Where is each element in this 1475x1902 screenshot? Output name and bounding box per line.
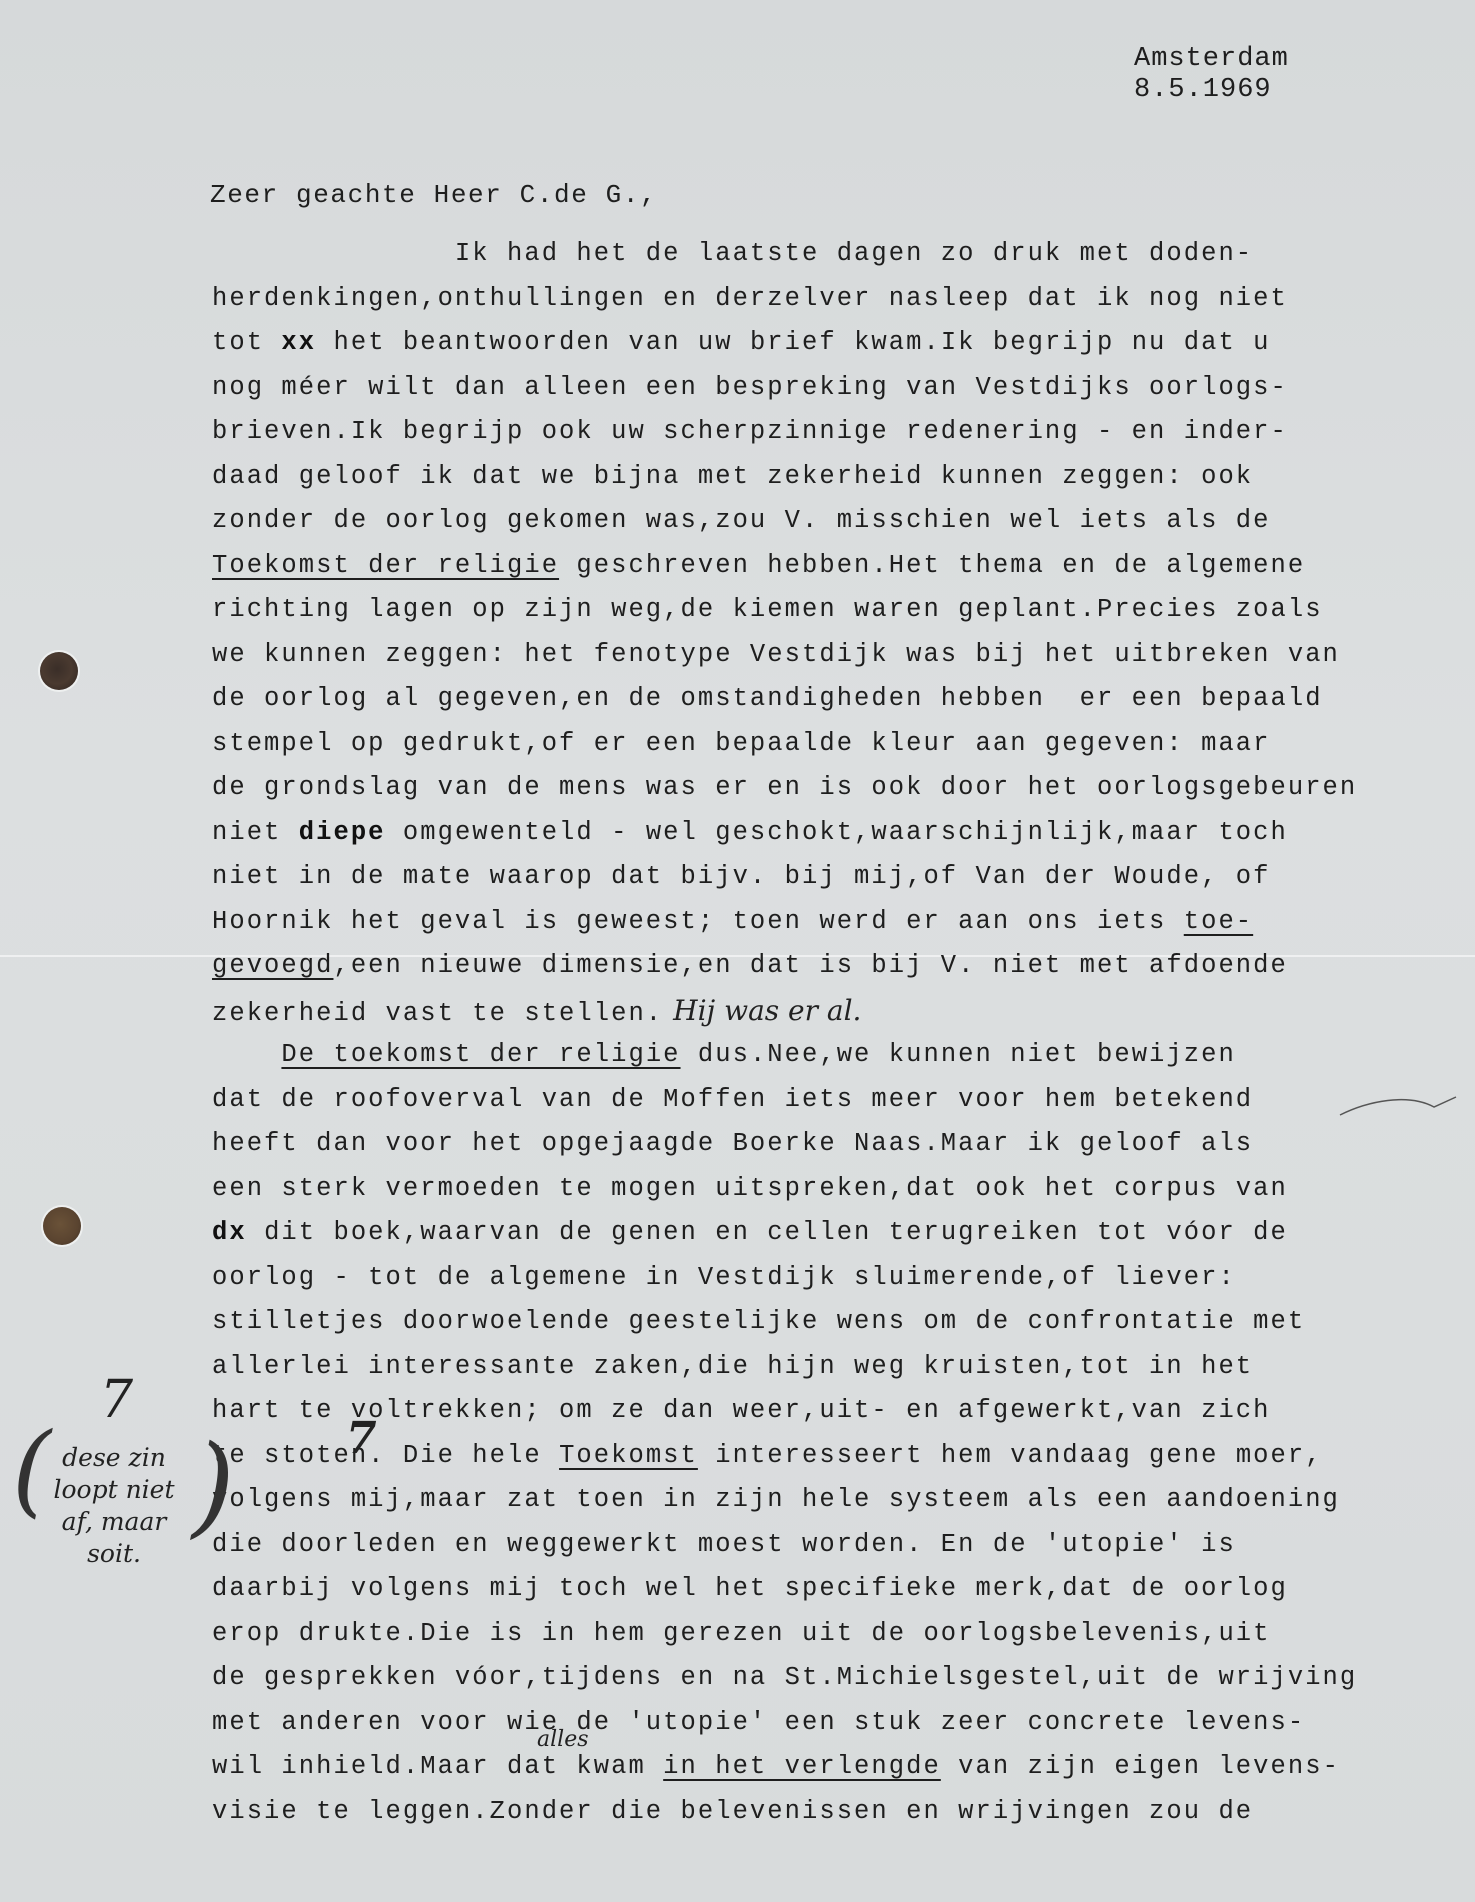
underlined-text: De toekomst der religie — [281, 1040, 680, 1069]
text-line: dat de roofoverval van de Moffen iets me… — [212, 1078, 1412, 1123]
pen-stroke-icon — [1338, 1093, 1458, 1123]
punch-hole-icon — [40, 652, 78, 690]
struck-text: xx — [281, 328, 316, 357]
text-line: gevoegd,een nieuwe dimensie,en dat is bi… — [212, 944, 1412, 989]
text-line: Toekomst der religie geschreven hebben.H… — [212, 544, 1412, 589]
text-line: stilletjes doorwoelende geestelijke wens… — [212, 1300, 1412, 1345]
text-line: niet diepe omgewenteld - wel geschokt,wa… — [212, 811, 1412, 856]
paren-right-icon: ) — [192, 1430, 235, 1540]
line-text: wil inhield.Maar dat kwam — [212, 1752, 663, 1781]
text-line: daad geloof ik dat we bijna met zekerhei… — [212, 455, 1412, 500]
line-text: visie te leggen.Zonder die belevenissen … — [212, 1797, 1253, 1826]
underlined-text: toe- — [1184, 907, 1253, 936]
text-line: dx dit boek,waarvan de genen en cellen t… — [212, 1211, 1412, 1256]
line-text: oorlog - tot de algemene in Vestdijk slu… — [212, 1263, 1236, 1292]
text-line: erop drukte.Die is in hem gerezen uit de… — [212, 1612, 1412, 1657]
line-text: een sterk vermoeden te mogen uitspreken,… — [212, 1174, 1288, 1203]
text-line: allerlei interessante zaken,die hijn weg… — [212, 1345, 1412, 1390]
underlined-text: Toekomst — [559, 1441, 698, 1470]
place-date-block: Amsterdam 8.5.1969 — [1134, 44, 1289, 106]
text-line: niet in de mate waarop dat bijv. bij mij… — [212, 855, 1412, 900]
line-text: brieven.Ik begrijp ook uw scherpzinnige … — [212, 417, 1288, 446]
line-text: interesseert hem vandaag gene moer, — [698, 1441, 1323, 1470]
line-text: niet — [212, 818, 299, 847]
line-text: nog méer wilt dan alleen een bespreking … — [212, 373, 1288, 402]
text-line: een sterk vermoeden te mogen uitspreken,… — [212, 1167, 1412, 1212]
text-line: de oorlog al gegeven,en de omstandighede… — [212, 677, 1412, 722]
line-text: dat de roofoverval van de Moffen iets me… — [212, 1085, 1253, 1114]
text-line: herdenkingen,onthullingen en derzelver n… — [212, 277, 1412, 322]
underlined-text: Toekomst der religie — [212, 551, 559, 580]
line-text: Hoornik het geval is geweest; toen werd … — [212, 907, 1184, 936]
line-text: tot — [212, 328, 281, 357]
text-line: visie te leggen.Zonder die belevenissen … — [212, 1790, 1412, 1835]
text-line: we kunnen zeggen: het fenotype Vestdijk … — [212, 633, 1412, 678]
line-text: heeft dan voor het opgejaagde Boerke Naa… — [212, 1129, 1253, 1158]
line-text: niet in de mate waarop dat bijv. bij mij… — [212, 862, 1271, 891]
text-line: heeft dan voor het opgejaagde Boerke Naa… — [212, 1122, 1412, 1167]
text-line: nog méer wilt dan alleen een bespreking … — [212, 366, 1412, 411]
letter-body: Ik had het de laatste dagen zo druk met … — [212, 232, 1412, 1834]
line-text: te stoten. Die hele — [212, 1441, 559, 1470]
text-line: oorlog - tot de algemene in Vestdijk slu… — [212, 1256, 1412, 1301]
text-line: tot xx het beantwoorden van uw brief kwa… — [212, 321, 1412, 366]
line-text: de grondslag van de mens was er en is oo… — [212, 773, 1357, 802]
line-text: daarbij volgens mij toch wel het specifi… — [212, 1574, 1288, 1603]
line-text: met anderen voor wie de 'utopie' een stu… — [212, 1708, 1305, 1737]
salutation: Zeer geachte Heer C.de G., — [210, 180, 657, 210]
text-line: de grondslag van de mens was er en is oo… — [212, 766, 1412, 811]
date: 8.5.1969 — [1134, 75, 1289, 106]
margin-note: 7 ( dese zin loopt niet af, maar soit. ) — [12, 1370, 202, 1580]
punch-hole-icon — [43, 1207, 81, 1245]
text-line: brieven.Ik begrijp ook uw scherpzinnige … — [212, 410, 1412, 455]
text-line: Ik had het de laatste dagen zo druk met … — [212, 232, 1412, 277]
text-line: stempel op gedrukt,of er een bepaalde kl… — [212, 722, 1412, 767]
line-text: die doorleden en weggewerkt moest worden… — [212, 1530, 1236, 1559]
line-text: zekerheid vast te stellen. — [212, 999, 663, 1028]
line-text: van zijn eigen levens- — [941, 1752, 1340, 1781]
text-line: zekerheid vast te stellen.Hij was er al. — [212, 989, 1412, 1034]
line-text: Ik had het de laatste dagen zo druk met … — [212, 239, 1253, 268]
line-text: omgewenteld - wel geschokt,waarschijnlij… — [386, 818, 1288, 847]
margin-note-text: dese zin loopt niet af, maar soit. — [34, 1442, 194, 1570]
handwritten-note: Hij was er al. — [673, 994, 861, 1027]
line-text: geschreven hebben.Het thema en de algeme… — [559, 551, 1305, 580]
underlined-text: gevoegd — [212, 951, 333, 980]
line-text: stilletjes doorwoelende geestelijke wens… — [212, 1307, 1305, 1336]
line-text: stempel op gedrukt,of er een bepaalde kl… — [212, 729, 1271, 758]
text-line: Hoornik het geval is geweest; toen werd … — [212, 900, 1412, 945]
letter-paper: Amsterdam 8.5.1969 Zeer geachte Heer C.d… — [0, 0, 1475, 1902]
margin-number: 7 — [100, 1370, 133, 1430]
line-text: erop drukte.Die is in hem gerezen uit de… — [212, 1619, 1271, 1648]
line-text: volgens mij,maar zat toen in zijn hele s… — [212, 1485, 1340, 1514]
line-text: dit boek,waarvan de genen en cellen teru… — [247, 1218, 1288, 1247]
text-line: zonder de oorlog gekomen was,zou V. miss… — [212, 499, 1412, 544]
text-line: richting lagen op zijn weg,de kiemen war… — [212, 588, 1412, 633]
line-text: zonder de oorlog gekomen was,zou V. miss… — [212, 506, 1271, 535]
line-text: we kunnen zeggen: het fenotype Vestdijk … — [212, 640, 1340, 669]
struck-text: diepe — [299, 818, 386, 847]
line-text — [212, 1040, 281, 1069]
text-line: die doorleden en weggewerkt moest worden… — [212, 1523, 1412, 1568]
line-text: richting lagen op zijn weg,de kiemen war… — [212, 595, 1323, 624]
line-text: de oorlog al gegeven,en de omstandighede… — [212, 684, 1323, 713]
text-mark: 7 — [346, 1413, 377, 1464]
text-line: met anderen voor wie de 'utopie' een stu… — [212, 1701, 1412, 1746]
line-text: ,een nieuwe dimensie,en dat is bij V. ni… — [333, 951, 1287, 980]
line-text: dus.Nee,we kunnen niet bewijzen — [681, 1040, 1236, 1069]
text-line: volgens mij,maar zat toen in zijn hele s… — [212, 1478, 1412, 1523]
line-text: herdenkingen,onthullingen en derzelver n… — [212, 284, 1288, 313]
text-line: hart te voltrekken; om ze dan weer,uit- … — [212, 1389, 1412, 1434]
insertion-above: alles — [537, 1727, 589, 1752]
line-text: allerlei interessante zaken,die hijn weg… — [212, 1352, 1253, 1381]
line-text: daad geloof ik dat we bijna met zekerhei… — [212, 462, 1253, 491]
text-line: de gesprekken vóor,tijdens en na St.Mich… — [212, 1656, 1412, 1701]
text-line: daarbij volgens mij toch wel het specifi… — [212, 1567, 1412, 1612]
text-line: wil inhield.Maar dat kwam in het verleng… — [212, 1745, 1412, 1790]
text-line: De toekomst der religie dus.Nee,we kunne… — [212, 1033, 1412, 1078]
text-line: te stoten. Die hele Toekomst interesseer… — [212, 1434, 1412, 1479]
underlined-text: in het verlengde — [663, 1752, 941, 1781]
place: Amsterdam — [1134, 44, 1289, 75]
line-text: de gesprekken vóor,tijdens en na St.Mich… — [212, 1663, 1357, 1692]
struck-text: dx — [212, 1218, 247, 1247]
line-text: het beantwoorden van uw brief kwam.Ik be… — [316, 328, 1270, 357]
